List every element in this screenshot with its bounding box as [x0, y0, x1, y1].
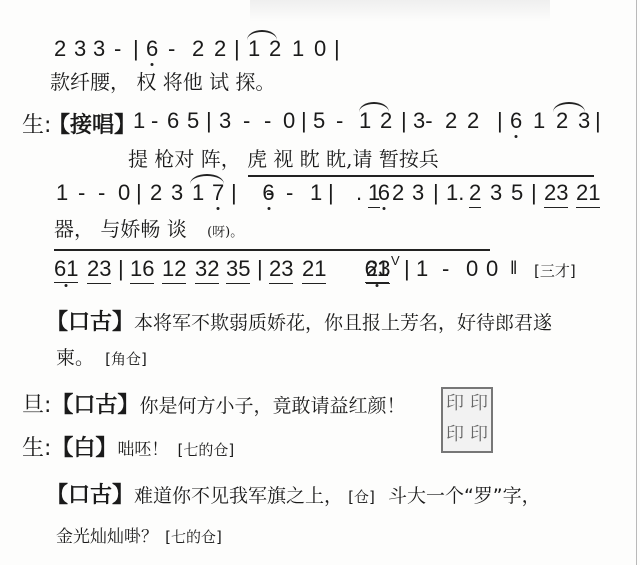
note: 3: [171, 180, 183, 206]
barline: |: [595, 108, 601, 134]
lyrics-interjection: (呀)。: [207, 225, 243, 240]
slur: [553, 102, 585, 112]
note: 2: [192, 36, 204, 62]
speaker-label: 旦:: [22, 393, 51, 418]
notes-row-1: 2 3 3 - | 6 - 2 2 | 1 2 1 0 |: [54, 36, 66, 62]
dialogue-line: 柬。 [角仓]: [56, 343, 147, 370]
seal-glyph: 印: [443, 389, 467, 420]
note-group: 23: [269, 256, 293, 284]
note: 3: [93, 36, 105, 62]
note: -: [264, 108, 271, 134]
dialogue-text: 斗大一个“罗”字，: [388, 485, 541, 507]
dialogue-line: 【口古】本将军不欺弱质娇花，你且报上芳名，好待郎君遂: [46, 305, 552, 336]
note: 2: [150, 180, 162, 206]
barline: |: [257, 256, 263, 282]
note: -: [243, 108, 250, 134]
note: 0: [118, 180, 130, 206]
notes-row-3: 1 - - 0 | 2 3 1 7 | 6 - - 1 | 6 . 1 2 3 …: [56, 180, 105, 206]
percussion-cue: [七的仓]: [178, 441, 235, 459]
section-tag: 【接唱】: [48, 108, 136, 139]
speaker-label: 生:: [22, 108, 51, 139]
lyrics-row-1: 款纤腰， 权 将他 试 探。: [50, 66, 275, 95]
note: 3: [412, 180, 424, 206]
note: 6: [146, 36, 158, 61]
note-group: 16: [130, 256, 154, 284]
note-group: 21: [576, 180, 600, 208]
dialogue-line: 生:【白】咄呸！ [七的仓]: [22, 431, 234, 462]
note: 6: [167, 108, 179, 134]
note: -: [442, 256, 449, 282]
dialogue-text: 咄呸！: [117, 440, 168, 460]
final-barline: ‖: [510, 258, 517, 279]
note-group: 61: [54, 256, 78, 283]
note: -: [151, 108, 158, 134]
dialogue-text: 柬。: [56, 347, 94, 369]
lyrics-row-2: 提 枪对 阵， 虎 视 眈 眈,请 暂按兵: [128, 143, 439, 172]
barline: |: [206, 108, 212, 134]
note: 1: [310, 180, 322, 206]
barline: |: [497, 108, 503, 134]
note: -: [266, 180, 273, 206]
dialogue-text: 本将军不欺弱质娇花，你且报上芳名，好待郎君遂: [134, 312, 552, 334]
note: 1: [56, 180, 68, 206]
note: 1: [133, 108, 145, 134]
seal-glyph: 印: [443, 420, 467, 451]
phrase-line: [194, 249, 490, 251]
breath-mark: V: [391, 253, 400, 268]
note-group: 12: [162, 256, 186, 284]
note: 2: [54, 36, 66, 62]
note-group: 23: [87, 256, 111, 284]
barline: |: [328, 180, 334, 206]
scan-smudge: [250, 0, 550, 22]
dialogue-line: 金光灿灿啩？ [七的仓]: [56, 522, 222, 547]
phrase-line: [54, 249, 194, 251]
note-group: 23: [544, 180, 568, 208]
note: 6: [510, 108, 522, 133]
note: 5: [187, 108, 199, 134]
barline: |: [234, 36, 240, 62]
lyrics-row-3: 器， 与娇畅 谈 (呀)。: [54, 213, 243, 242]
note: 2: [392, 180, 404, 206]
note: 3: [74, 36, 86, 62]
note: 5: [313, 108, 325, 134]
slur: [247, 30, 277, 40]
percussion-cue: [仓]: [348, 488, 375, 506]
note: 3: [219, 108, 231, 134]
note: 1.: [446, 180, 464, 206]
seal-glyph: 印: [467, 389, 491, 420]
note-group: 21: [302, 256, 326, 284]
note: 1: [416, 256, 428, 282]
barline: |: [231, 180, 237, 206]
barline: |: [136, 180, 142, 206]
section-tag: 【口古】: [51, 393, 139, 418]
dialogue-line: 旦:【口古】你是何方小子，竟敢请益红颜！: [22, 388, 405, 419]
slur: [359, 102, 389, 112]
barline: |: [133, 36, 139, 62]
note: 0: [314, 36, 326, 62]
dialogue-text: 难道你不见我军旗之上，: [134, 485, 343, 507]
barline: |: [433, 180, 439, 206]
note: 1: [292, 36, 304, 62]
dialogue-line: 【口古】难道你不见我军旗之上， [仓] 斗大一个“罗”字，: [46, 478, 541, 509]
note-group: 35: [226, 256, 250, 284]
section-tag: 【白】: [51, 436, 117, 461]
phrase-line: [248, 175, 594, 177]
note: 0: [486, 256, 498, 282]
barline: |: [334, 36, 340, 62]
dialogue-text: 金光灿灿啩？: [56, 527, 158, 547]
barline: |: [401, 108, 407, 134]
speaker-label: 生:: [22, 436, 51, 461]
note: 2: [467, 108, 479, 134]
barline: |: [301, 108, 307, 134]
percussion-cue: [七的仓]: [165, 528, 222, 546]
seal-stamp-icon: 印 印 印 印: [441, 387, 493, 453]
note: -: [336, 108, 343, 134]
note: 5: [511, 180, 523, 206]
note: 2: [469, 180, 481, 208]
barline: |: [531, 180, 537, 206]
note: -: [114, 36, 121, 62]
note: 0: [466, 256, 478, 282]
seal-glyph: 印: [467, 420, 491, 451]
section-tag: 【口古】: [46, 310, 134, 335]
page-edge: [636, 0, 637, 565]
section-tag: 【口古】: [46, 483, 134, 508]
note: -: [286, 180, 293, 206]
note: 3-: [413, 108, 433, 134]
note: 1: [533, 108, 545, 134]
note: -: [78, 180, 85, 206]
note: 0: [283, 108, 295, 134]
note: 1: [368, 180, 380, 208]
note-group: 32: [195, 256, 219, 284]
note: -: [98, 180, 105, 206]
dot: .: [356, 180, 362, 206]
percussion-cue: [角仓]: [105, 350, 147, 368]
slur: [190, 174, 224, 184]
percussion-cue: [三才]: [534, 260, 576, 281]
barline: |: [404, 256, 410, 282]
notes-row-2: 1 - 6 5 | 3 - - 0 | 5 - 1 2 | 3- 2 2 | 6…: [133, 108, 145, 134]
dialogue-text: 你是何方小子，竟敢请益红颜！: [139, 395, 405, 417]
note: 2: [214, 36, 226, 62]
lyrics-main: 器， 与娇畅 谈: [54, 217, 187, 241]
note: 3: [490, 180, 502, 206]
note: 2: [445, 108, 457, 134]
barline: |: [118, 256, 124, 282]
note: -: [168, 36, 175, 62]
notes-row-4: 61 23 | 16 12 32 35 | 23 21 61 23 V | 1 …: [54, 256, 109, 282]
note-group: 23: [366, 256, 390, 284]
